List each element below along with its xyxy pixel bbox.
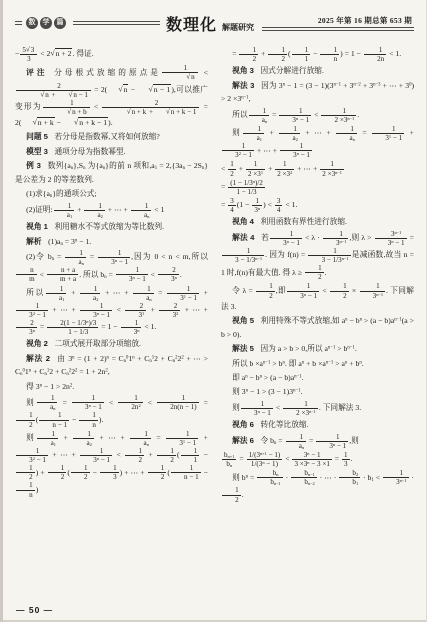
fraction: 1an (249, 107, 270, 124)
logo-char-circle: 数 (26, 17, 38, 29)
paragraph: 所以1an = 13n − 1 < 12 ×3n−1. (221, 107, 414, 124)
fraction: 1an (37, 394, 58, 411)
fraction: 132 − 1 (16, 447, 48, 464)
fraction: b2b1 (339, 469, 360, 486)
paragraph-label: 解析 (26, 237, 41, 246)
fraction: 12 (256, 282, 275, 299)
paragraph-body: 令 λ = 12,即13n − 1 < 12 × 13n−1. 下同解法 3. (221, 286, 414, 311)
fraction: 13n−1 (360, 282, 386, 299)
fraction: 1an (286, 433, 307, 450)
journal-title-block: 数理化 解题研究 (166, 12, 254, 35)
paragraph: 解析(1)an = 3n − 1. (15, 235, 208, 248)
fraction: 12n2 (118, 394, 142, 411)
article-body: −5√33 < 2√n + 2. 得证.评注分母根式放缩的原点是1√n < 2√… (15, 46, 414, 598)
fraction: 3n−13n − 1 (375, 230, 407, 247)
fraction: 1a1 (46, 285, 67, 302)
paragraph-label: 例 3 (26, 161, 41, 170)
fraction: 34 (275, 197, 283, 214)
fraction: 3n − 13 ×3n − 3 ×1 (292, 451, 331, 468)
paragraph-body: 二项式展开取部分项缩放. (54, 339, 141, 348)
fraction: 13n − 1 (80, 302, 112, 319)
paragraph: = (1 − 1/3n)/21 − 1/3 (221, 179, 414, 196)
paragraph: 视角 1利用糖水不等式放缩为等比数列. (15, 220, 208, 233)
paragraph-body: 得 3n − 1 > 2n2. (26, 382, 74, 391)
paragraph-body: −5√33 < 2√n + 2. 得证. (15, 49, 94, 58)
fraction: bnbn−1 (257, 469, 283, 486)
fraction: 12 (48, 464, 67, 481)
radical: √n (107, 85, 128, 94)
fraction: 13n−1 (323, 230, 349, 247)
fraction: 1a2 (80, 285, 101, 302)
fraction: 12 (222, 486, 241, 503)
fraction: 1n (320, 46, 339, 63)
fraction: 132 − 1 (222, 142, 254, 159)
fraction: 12 (16, 464, 35, 481)
paragraph: 得 3n − 1 > 2n2. (15, 380, 208, 393)
fraction: 132 − 1 (16, 302, 48, 319)
radical: √n − 1 (137, 85, 171, 94)
fraction: 23n (16, 319, 37, 336)
fraction: 13n (252, 197, 262, 214)
paragraph-label: 视角 3 (232, 66, 254, 75)
fraction: 13n − 1 (316, 433, 348, 450)
fraction: 1n − 1 (171, 464, 201, 481)
paragraph: = 12 + 12(11 − 1n) = 1 − 12n < 1. (221, 46, 414, 63)
paragraph: 解法 5因为 a > b > 0,所以 an−1 > bn−1. (221, 342, 414, 355)
paragraph: 解法 2由 3n = (1 + 2)n = Cn01n + Cn12 + Cn2… (15, 352, 208, 379)
paragraph-body: 所以1an = 13n − 1 < 12 ×3n−1. (232, 110, 359, 119)
fraction: 131 − 1 (372, 125, 404, 142)
radical: √n + 2 (50, 49, 72, 58)
fraction: 12 ×31 (246, 160, 265, 177)
paragraph-body: 即 an − bn > (a − b)an−1. (232, 373, 303, 382)
fraction: 12 (268, 46, 287, 63)
fraction: 1√n + b (43, 99, 90, 116)
paragraph: 评注分母根式放缩的原点是1√n < 2√n + √n − 1 = 2(√n − … (15, 64, 208, 129)
paragraph-body: (1)an = 3n − 1. (48, 237, 91, 246)
paragraph: 问题 5若分母是指数幂,又将如何放缩? (15, 130, 208, 143)
paragraph: 则13n − 1 < 12 ×3n−1. 下同解法 3. (221, 400, 414, 417)
fraction: 1a1 (37, 430, 58, 447)
fraction: 12 ×32 (275, 160, 294, 177)
fraction: 1a1 (243, 125, 264, 142)
fraction: 1a1 (54, 202, 75, 219)
radical: √n + k − 1 (63, 118, 108, 127)
fraction: 12n (364, 46, 386, 63)
fraction: 1an (133, 285, 154, 302)
paragraph-body: 则 3n − 1 > (3 − 1)3n−1. (232, 387, 302, 396)
paragraph-label: 解法 2 (26, 354, 50, 363)
paragraph-body: 通项分母为指数幂型. (54, 147, 125, 156)
fraction: 2√n + √n − 1 (16, 82, 91, 99)
radical: √n + k − 1 (155, 108, 198, 116)
fraction: 12n(n − 1) (157, 394, 199, 411)
paragraph-body: 则1an = 13n − 1 < 12n2 < 12n(n − 1) = 12(… (15, 398, 208, 424)
fraction: 1n − 1 (39, 411, 69, 428)
paragraph-body: (1)求{an}的通项公式; (26, 189, 96, 198)
fraction: 13n−1 (383, 469, 409, 486)
paragraph-label: 解法 6 (232, 436, 254, 445)
paragraph: 所以 b ×an−1 > bn. 即 an + b ×an−1 > an + b… (221, 357, 414, 370)
fraction: 1an (131, 202, 152, 219)
fraction: 12 (157, 447, 176, 464)
fraction: 13 − 1/3n−1 (222, 247, 264, 264)
fraction: 13n − 1 (116, 266, 148, 283)
paragraph-body: 数列{an},Sn 为{an}的前 n 项和,a1 = 2,{3an − 2Sn… (15, 161, 208, 183)
paragraph-body: 则1a1 + 1a2 + ⋯ + 1an = 131 − 1 + 132 − 1… (15, 433, 208, 494)
fraction: 13n − 1 (72, 394, 104, 411)
radical: √n + k (116, 108, 148, 116)
paragraph-body: (2)令 bn = 1an = 13n − 1,因为 0 < n < m,所以n… (15, 252, 208, 278)
paragraph: 则1a1 + 1a2 + ⋯ + 1an = 131 − 1 + 132 − 1… (15, 430, 208, 499)
fraction: 12 (148, 464, 167, 481)
paragraph-label: 视角 1 (26, 222, 48, 231)
paragraph-body: 利用糖水不等式放缩为等比数列. (54, 222, 164, 231)
fraction: 13n − 1 (80, 447, 112, 464)
fraction: 12 (16, 411, 35, 428)
paragraph-body: bn+1bn = 1/(3n+1 − 1)1/(3n − 1) < 3n − 1… (221, 454, 353, 463)
paragraph-label: 视角 5 (232, 316, 254, 325)
paragraph: 模型 3通项分母为指数幂型. (15, 145, 208, 158)
paragraph-body: (2)证明:1a1 + 1a2 + ⋯ + 1an < 1 (26, 205, 164, 214)
fraction: 13n − 1 (280, 142, 312, 159)
paragraph-body: 所以1a1 + 1a2 + ⋯ + 1an = 131 − 1 + 132 − … (15, 288, 208, 332)
paragraph: 例 3数列{an},Sn 为{an}的前 n 项和,a1 = 2,{3an − … (15, 159, 208, 186)
right-column: = 12 + 12(11 − 1n) = 1 − 12n < 1.视角 3因式分… (221, 46, 414, 598)
fraction: 1n (79, 411, 98, 428)
fraction: 1n (16, 481, 35, 498)
paragraph: bn+1bn = 1/(3n+1 − 1)1/(3n − 1) < 3n − 1… (221, 451, 414, 468)
paragraph: 视角 6转化等比放缩. (221, 418, 414, 431)
fraction: 231 (125, 302, 146, 319)
paragraph: = 34(1 − 13n) < 34 < 1. (221, 197, 414, 214)
fraction: 13n − 1 (270, 230, 302, 247)
paragraph: 令 λ = 12,即13n − 1 < 12 × 13n−1. 下同解法 3. (221, 282, 414, 313)
issue-info: 2025 年第 16 期总第 653 期 (318, 15, 414, 27)
fraction: 2(1 − 1/3n)/31 − 1/3 (47, 319, 98, 336)
paragraph-body: 令 bn = 1an = 13n − 1,则 (260, 436, 358, 445)
fraction: 1a2 (279, 125, 300, 142)
fraction: 12 ×3n−1 (320, 160, 344, 177)
paragraph: 视角 5利用特殊不等式放缩,如 an − bn > (a − b)an−1(a … (221, 314, 414, 341)
paragraph-body: 因式分解进行放缩. (260, 66, 323, 75)
paragraph-body: = 34(1 − 13n) < 34 < 1. (221, 200, 297, 209)
paragraph-body: = 12 + 12(11 − 1n) = 1 − 12n < 1. (232, 49, 401, 58)
fraction: 1an (65, 249, 86, 266)
paragraph-body: < 12 + 12 ×31 + 12 ×32 + ⋯ + 12 ×3n−1 (221, 164, 345, 173)
fraction: 1√n (162, 64, 198, 81)
fraction: 12 ×3n−1 (283, 400, 318, 417)
journal-logo: 数 学 篇 (25, 17, 67, 29)
paragraph: (1)求{an}的通项公式; (15, 187, 208, 200)
fraction: 12 (239, 46, 258, 63)
paragraph: < 12 + 12 ×31 + 12 ×32 + ⋯ + 12 ×3n−1 (221, 160, 414, 177)
radical: √n (29, 91, 50, 99)
radical: √n + k (21, 118, 54, 127)
fraction: 1an (130, 430, 151, 447)
fraction: 13n − 1 (98, 249, 130, 266)
paragraph: 视角 2二项式展开取部分项缩放. (15, 337, 208, 350)
page-header: 数 学 篇 数理化 解题研究 2025 年第 16 期总第 653 期 (15, 8, 414, 38)
journal-subtitle: 解题研究 (222, 22, 254, 33)
paragraph-body: 利用函数有界性进行放缩. (260, 217, 347, 226)
paragraph-body: 所以 b ×an−1 > bn. 即 an + b ×an−1 > an + b… (232, 359, 363, 368)
fraction: 131 − 1 (166, 430, 198, 447)
paragraph-label: 模型 3 (26, 147, 48, 156)
fraction: 23n (158, 266, 179, 283)
paragraph: 则 bn = bnbn−1 · bn−1bn−2 · ⋯ · b2b1 · b1… (221, 469, 414, 504)
paragraph-body: 若分母是指数幂,又将如何放缩? (54, 132, 159, 141)
paragraph-label: 评注 (26, 68, 47, 77)
header-rule-right (262, 27, 414, 31)
fraction: 12 (330, 282, 349, 299)
fraction: (1 − 1/3n)/21 − 1/3 (228, 179, 265, 196)
paragraph: 则1an = 13n − 1 < 12n2 < 12n(n − 1) = 12(… (15, 394, 208, 429)
fraction: 13 (342, 451, 350, 468)
paragraph: 视角 3因式分解进行放缩. (221, 64, 414, 77)
paragraph-body: 因为 a > b > 0,所以 an−1 > bn−1. (260, 344, 356, 353)
paragraph-label: 视角 4 (232, 217, 254, 226)
paragraph-body: 则 bn = bnbn−1 · bn−1bn−2 · ⋯ · b2b1 · b1… (221, 473, 414, 499)
paragraph: (2)令 bn = 1an = 13n − 1,因为 0 < n < m,所以n… (15, 249, 208, 284)
paragraph-body: 转化等比放缩. (260, 420, 308, 429)
fraction: 12 (305, 264, 324, 281)
fraction: 1/(3n+1 − 1)1/(3n − 1) (247, 451, 283, 468)
paragraph-body: 则1a1 + 1a2 + ⋯ + 1an = 131 − 1 + 132 − 1… (221, 128, 414, 154)
journal-page: 数 学 篇 数理化 解题研究 2025 年第 16 期总第 653 期 −5√3… (0, 0, 427, 622)
fraction: 13n − 1 (279, 107, 311, 124)
fraction: 12 (228, 160, 236, 177)
radical: √3 (26, 46, 35, 54)
fraction: 1an (336, 125, 357, 142)
paragraph-label: 解法 5 (232, 344, 254, 353)
left-column: −5√33 < 2√n + 2. 得证.评注分母根式放缩的原点是1√n < 2√… (15, 46, 208, 598)
fraction: bn−1bn−2 (291, 469, 317, 486)
paragraph-label: 解法 4 (232, 233, 254, 242)
paragraph-label: 视角 2 (26, 339, 48, 348)
paragraph: 所以1a1 + 1a2 + ⋯ + 1an = 131 − 1 + 132 − … (15, 285, 208, 337)
fraction: 34 (228, 197, 236, 214)
paragraph: 则1a1 + 1a2 + ⋯ + 1an = 131 − 1 + 132 − 1… (221, 125, 414, 160)
paragraph: 视角 4利用函数有界性进行放缩. (221, 215, 414, 228)
paragraph-body: 则13n − 1 < 12 ×3n−1. 下同解法 3. (232, 403, 361, 412)
paragraph: 即 an − bn > (a − b)an−1. (221, 371, 414, 384)
journal-title: 数理化 (166, 12, 217, 35)
fraction: 1a2 (84, 202, 105, 219)
radical: √n − 1 (57, 91, 89, 99)
paragraph-label: 问题 5 (26, 132, 48, 141)
header-rule-mid (73, 21, 160, 25)
paragraph: (2)证明:1a1 + 1a2 + ⋯ + 1an < 1 (15, 202, 208, 219)
logo-char-circle: 篇 (54, 17, 66, 29)
paragraph-label: 解法 3 (232, 81, 254, 90)
fraction: 131 − 1 (167, 285, 199, 302)
issue-block: 2025 年第 16 期总第 653 期 (262, 15, 414, 31)
fraction: 12 ×3n−1 (321, 107, 356, 124)
fraction: 11 (292, 46, 311, 63)
paragraph: 解法 6令 bn = 1an = 13n − 1,则 (221, 433, 414, 450)
paragraph: 解法 3因为 3n − 1 = (3 − 1)(3n−1 + 3n−2 + 3n… (221, 79, 414, 106)
fraction: 12 (125, 447, 144, 464)
radical: √n (175, 73, 196, 81)
fraction: 12 (71, 464, 90, 481)
page-number: — 50 — (16, 605, 53, 615)
logo-char-circle: 学 (40, 17, 52, 29)
fraction: 1a2 (73, 430, 94, 447)
fraction: nm (16, 266, 37, 283)
fraction: 13 (100, 464, 119, 481)
fraction: bn+1bn (222, 451, 236, 468)
fraction: 13n (121, 319, 142, 336)
fraction: 2√n + k + √n + k − 1 (102, 99, 199, 116)
fraction: 5√33 (20, 46, 37, 63)
paragraph: 解法 4若13n − 1 < λ · 13n−1,则 λ > 3n−13n − … (221, 230, 414, 282)
fraction: 11 (181, 447, 200, 464)
fraction: 232 (159, 302, 180, 319)
paragraph-label: 视角 6 (232, 420, 254, 429)
fraction: 13n − 1 (287, 282, 319, 299)
paragraph: −5√33 < 2√n + 2. 得证. (15, 46, 208, 63)
header-rule-left (15, 21, 22, 25)
fraction: 13n − 1 (241, 400, 273, 417)
paragraph: 则 3n − 1 > (3 − 1)3n−1. (221, 385, 414, 398)
fraction: 13 − 1/3n−1 (308, 247, 350, 264)
paragraph-body: = (1 − 1/3n)/21 − 1/3 (221, 182, 266, 191)
fraction: n + am + a (47, 266, 78, 283)
